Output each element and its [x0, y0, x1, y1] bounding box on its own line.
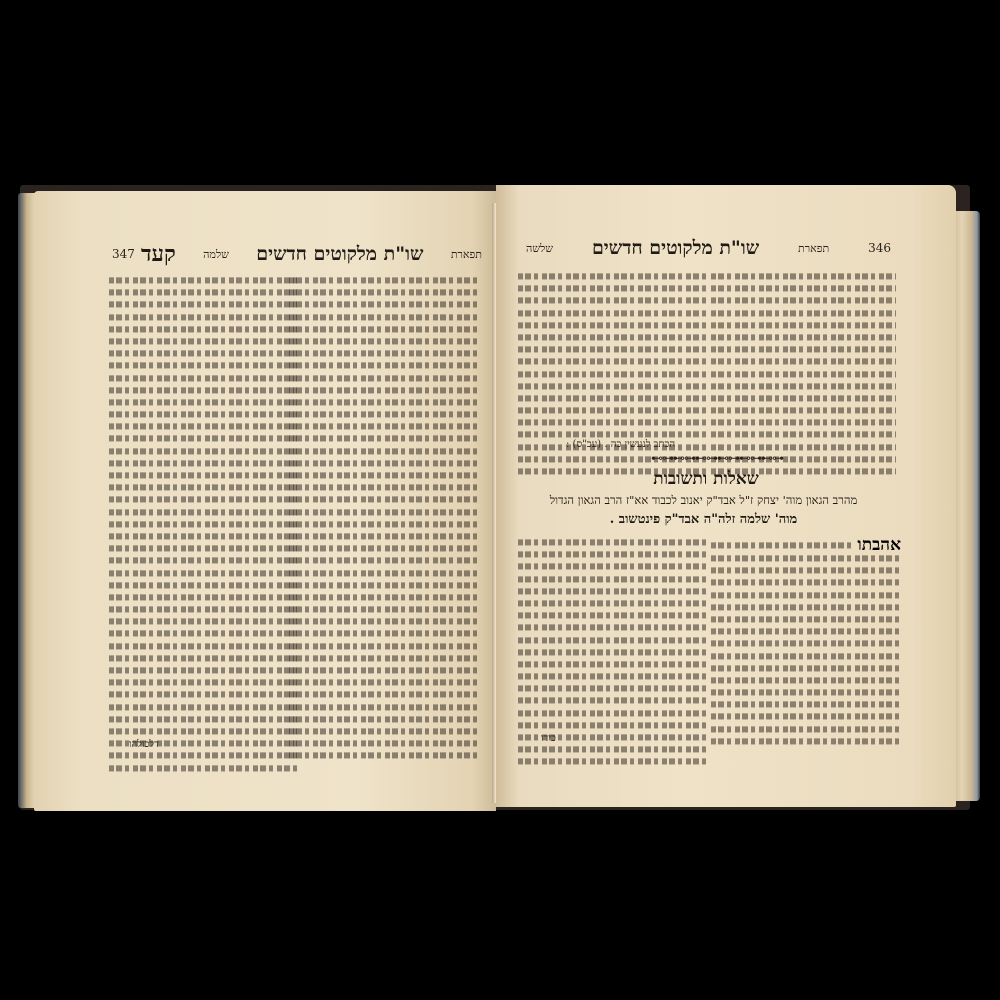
text-line — [109, 436, 299, 442]
text-line — [109, 460, 299, 466]
text-line — [109, 619, 299, 625]
text-line — [289, 424, 479, 430]
text-line — [289, 411, 479, 417]
text-line — [109, 667, 299, 673]
text-line — [289, 375, 479, 381]
text-line — [711, 542, 851, 548]
text-line — [518, 649, 708, 655]
text-line — [289, 606, 479, 612]
attribution-line-1: מהרב הגאון מוה' יצחק ז"ל אבד"ק יאנוב לכב… — [511, 493, 896, 507]
text-line — [289, 521, 479, 527]
text-line — [518, 371, 708, 377]
left-page: תפארת שו"ת מלקוטים חדשים שלמה קעד 347 דל… — [34, 191, 496, 811]
text-line — [109, 485, 299, 491]
text-line — [711, 322, 896, 328]
text-line — [289, 680, 479, 686]
text-line — [518, 286, 708, 292]
text-line — [289, 692, 479, 698]
text-line — [518, 625, 708, 631]
open-book: תפארת שו"ת מלקוטים חדשים שלמה קעד 347 דל… — [18, 183, 980, 813]
text-line — [289, 472, 479, 478]
text-line — [518, 432, 708, 438]
attribution-line-2: מוה' שלמה זלה"ה אבד"ק פינטשוב . — [511, 511, 896, 527]
text-line — [518, 722, 708, 728]
text-line — [109, 302, 299, 308]
text-line — [289, 655, 479, 661]
text-line — [711, 702, 901, 708]
text-line — [711, 592, 901, 598]
text-line — [289, 570, 479, 576]
catchword: דלכולהו — [129, 739, 159, 750]
hebrew-folio: קעד — [141, 241, 176, 267]
text-line — [711, 310, 896, 316]
text-line — [518, 686, 708, 692]
text-line — [518, 637, 708, 643]
running-head-word-left: שלמה — [203, 248, 229, 261]
text-line — [289, 302, 479, 308]
text-line — [109, 728, 299, 734]
text-line — [711, 629, 901, 635]
text-line — [109, 716, 299, 722]
text-line — [518, 759, 708, 765]
text-line — [289, 485, 479, 491]
text-line — [109, 399, 299, 405]
text-line — [109, 680, 299, 686]
text-line — [109, 290, 299, 296]
text-line — [711, 407, 896, 413]
text-line — [289, 643, 479, 649]
text-line — [518, 298, 708, 304]
text-line — [289, 619, 479, 625]
text-line — [109, 314, 299, 320]
text-line — [289, 667, 479, 673]
left-running-head: תפארת שו"ת מלקוטים חדשים שלמה קעד 347 — [112, 241, 482, 267]
text-line — [109, 753, 299, 759]
end-note: הכתב לנעשין כה . (עכ"ס) : — [566, 439, 675, 450]
text-line — [518, 395, 708, 401]
text-line — [289, 326, 479, 332]
text-line — [518, 698, 708, 704]
text-line — [711, 580, 901, 586]
text-line — [518, 407, 708, 413]
text-line — [289, 558, 479, 564]
text-line — [109, 448, 299, 454]
running-head-title: שו"ת מלקוטים חדשים — [592, 237, 759, 260]
section-title: שאלות ותשובות — [516, 469, 896, 489]
running-head-word-right: תפארת — [798, 242, 829, 255]
text-line — [289, 436, 479, 442]
text-line — [109, 338, 299, 344]
text-line — [289, 351, 479, 357]
text-line — [711, 604, 901, 610]
text-line — [711, 298, 896, 304]
text-line — [289, 290, 479, 296]
upper-column-right — [711, 271, 896, 478]
lower-column-right: אהבתו — [711, 537, 901, 748]
text-line — [711, 555, 901, 561]
left-page-column-left — [109, 275, 299, 775]
text-line — [711, 677, 901, 683]
text-line — [289, 716, 479, 722]
text-line — [289, 753, 479, 759]
text-line — [518, 273, 708, 279]
text-line — [518, 359, 708, 365]
text-line — [711, 738, 901, 744]
text-line — [711, 689, 901, 695]
text-line — [711, 420, 896, 426]
text-line — [109, 363, 299, 369]
text-line — [109, 631, 299, 637]
text-line — [518, 673, 708, 679]
text-line — [518, 322, 708, 328]
text-line — [518, 747, 708, 753]
text-line — [711, 273, 896, 279]
text-line — [711, 359, 896, 365]
running-head-word-left: שלשה — [526, 242, 553, 255]
text-line — [518, 661, 708, 667]
text-line — [109, 546, 299, 552]
page-number: 347 — [112, 247, 135, 261]
text-line — [711, 286, 896, 292]
text-line — [518, 600, 708, 606]
text-line — [109, 594, 299, 600]
text-line — [518, 710, 708, 716]
text-line — [289, 277, 479, 283]
catchword: כידו — [541, 733, 556, 744]
text-line — [109, 351, 299, 357]
text-line — [518, 334, 708, 340]
running-head-word-right: תפארת — [451, 248, 482, 261]
text-line — [518, 564, 708, 570]
text-line — [289, 387, 479, 393]
text-line — [109, 533, 299, 539]
text-line — [711, 616, 901, 622]
text-line — [289, 582, 479, 588]
text-line — [289, 704, 479, 710]
text-line — [109, 606, 299, 612]
text-line — [289, 460, 479, 466]
text-line — [289, 594, 479, 600]
right-running-head: 346 תפארת שו"ת מלקוטים חדשים שלשה — [526, 235, 891, 261]
text-line — [109, 704, 299, 710]
text-line — [711, 641, 901, 647]
text-line — [518, 552, 708, 558]
text-line — [109, 326, 299, 332]
text-line — [109, 765, 299, 771]
text-line — [289, 399, 479, 405]
text-line — [711, 444, 896, 450]
text-line — [109, 558, 299, 564]
text-line — [518, 613, 708, 619]
text-line — [109, 570, 299, 576]
page-number: 346 — [868, 241, 891, 255]
right-page: 346 תפארת שו"ת מלקוטים חדשים שלשה הכתב ל… — [496, 185, 956, 807]
text-line — [109, 411, 299, 417]
text-line — [109, 277, 299, 283]
text-line — [109, 521, 299, 527]
text-line — [711, 665, 901, 671]
text-line — [109, 375, 299, 381]
text-line — [109, 509, 299, 515]
text-line — [109, 497, 299, 503]
text-line — [109, 692, 299, 698]
text-line — [289, 728, 479, 734]
text-line — [518, 310, 708, 316]
text-line — [289, 533, 479, 539]
text-line — [289, 546, 479, 552]
text-line — [711, 432, 896, 438]
text-line — [711, 371, 896, 377]
text-line — [289, 631, 479, 637]
running-head-title: שו"ת מלקוטים חדשים — [256, 243, 423, 266]
text-line — [289, 338, 479, 344]
text-line — [289, 448, 479, 454]
decorative-divider: ⊷⊶⊷⊶⊷⊶⊷⊶⊷⊶⊷⊶ — [651, 451, 783, 465]
text-line — [289, 314, 479, 320]
text-line — [711, 347, 896, 353]
text-line — [109, 387, 299, 393]
text-line — [289, 363, 479, 369]
text-line — [711, 568, 901, 574]
text-line — [109, 424, 299, 430]
text-line — [518, 576, 708, 582]
text-line — [518, 383, 708, 389]
text-line — [711, 395, 896, 401]
text-line — [711, 714, 901, 720]
text-line — [109, 582, 299, 588]
text-line — [711, 383, 896, 389]
text-line — [518, 539, 708, 545]
text-line — [289, 497, 479, 503]
text-line — [289, 509, 479, 515]
text-line — [289, 741, 479, 747]
text-line — [518, 588, 708, 594]
left-page-column-right — [289, 275, 479, 763]
text-line — [711, 334, 896, 340]
text-line — [711, 726, 901, 732]
text-line — [518, 347, 708, 353]
opening-word: אהבתו — [857, 535, 901, 555]
text-line — [109, 472, 299, 478]
text-line — [109, 655, 299, 661]
text-line — [711, 653, 901, 659]
text-line — [109, 643, 299, 649]
text-line — [518, 420, 708, 426]
